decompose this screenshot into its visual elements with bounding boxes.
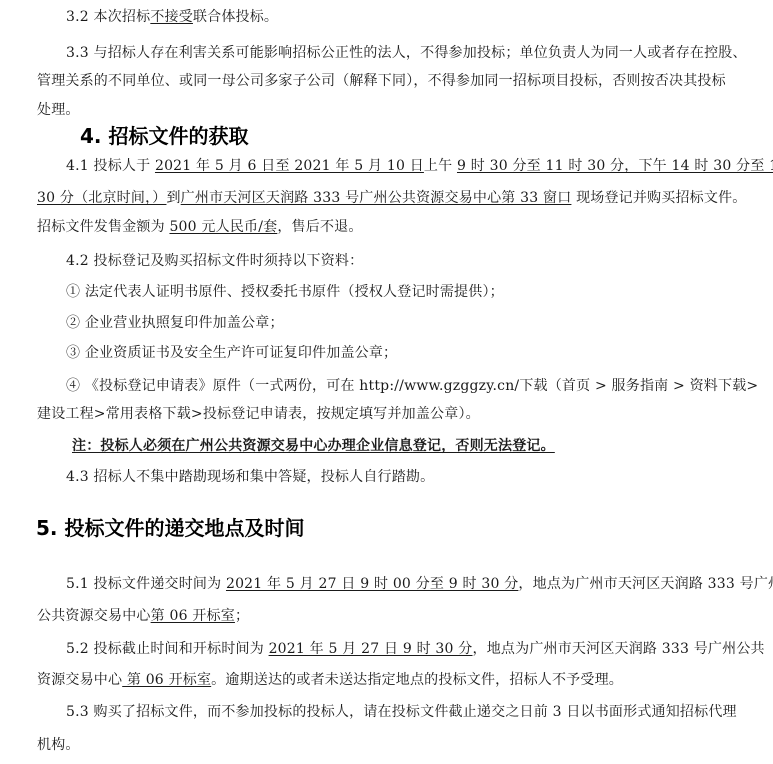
paragraph-5-2-line2: 资源交易中心 第 06 开标室。逾期送达的或者未送达指定地点的投标文件，招标人不…: [37, 671, 623, 689]
purchase-date-range: 2021 年 5 月 6 日至 2021 年 5 月 10 日: [155, 158, 424, 174]
section-5-heading: 5. 投标文件的递交地点及时间: [36, 515, 304, 541]
beijing-time-note: 30 分（北京时间，）: [37, 190, 166, 206]
opening-room: 第 06 开标室: [122, 672, 211, 688]
document-price: 500 元人民币/套: [169, 219, 277, 235]
paragraph-5-1-line1: 5.1 投标文件递交时间为 2021 年 5 月 27 日 9 时 00 分至 …: [66, 575, 773, 593]
purchase-location: 广州市天河区天润路 333 号广州公共资源交易中心第 33 窗口: [181, 190, 572, 206]
paragraph-3-3-line3: 处理。: [37, 101, 80, 119]
paragraph-3-3-line2: 管理关系的不同单位、或同一母公司多家子公司（解释下同），不得参加同一招标项目投标…: [37, 72, 726, 90]
submission-room: 第 06 开标室: [151, 608, 235, 624]
paragraph-3-3-line1: 3.3 与招标人存在利害关系可能影响招标公正性的法人，不得参加投标；单位负责人为…: [66, 44, 747, 62]
paragraph-5-1-line2: 公共资源交易中心第 06 开标室；: [37, 607, 249, 625]
list-item-4-continued: 建设工程>常用表格下载>投标登记申请表，按规定填写并加盖公章）。: [37, 405, 480, 423]
deadline-time: 2021 年 5 月 27 日 9 时 30 分: [269, 641, 473, 657]
paragraph-4-1-line2: 30 分（北京时间，）到广州市天河区天润路 333 号广州公共资源交易中心第 3…: [37, 189, 746, 207]
paragraph-4-2-intro: 4.2 投标登记及购买招标文件时须持以下资料：: [66, 252, 363, 270]
list-item-2: ② 企业营业执照复印件加盖公章；: [66, 314, 284, 332]
paragraph-5-3-line1: 5.3 购买了招标文件，而不参加投标的投标人，请在投标文件截止递交之日前 3 日…: [66, 703, 737, 721]
list-item-1: ① 法定代表人证明书原件、授权委托书原件（授权人登记时需提供）；: [66, 283, 504, 301]
paragraph-4-1-line1: 4.1 投标人于 2021 年 5 月 6 日至 2021 年 5 月 10 日…: [66, 157, 773, 175]
list-item-4: ④ 《投标登记申请表》原件（一式两份，可在 http://www.gzggzy.…: [66, 377, 758, 395]
underlined-not-accept: 不接受: [150, 9, 193, 25]
registration-note: 注：投标人必须在广州公共资源交易中心办理企业信息登记，否则无法登记。: [72, 437, 555, 455]
paragraph-5-2-line1: 5.2 投标截止时间和开标时间为 2021 年 5 月 27 日 9 时 30 …: [66, 640, 765, 658]
paragraph-4-3: 4.3 招标人不集中踏勘现场和集中答疑，投标人自行踏勘。: [66, 468, 434, 486]
submission-time: 2021 年 5 月 27 日 9 时 00 分至 9 时 30 分: [226, 576, 518, 592]
list-item-3: ③ 企业资质证书及安全生产许可证复印件加盖公章；: [66, 344, 397, 362]
paragraph-5-3-line2: 机构。: [37, 736, 80, 754]
paragraph-3-2: 3.2 本次招标不接受联合体投标。: [66, 8, 278, 26]
purchase-time-range: 9 时 30 分至 11 时 30 分，下午 14 时 30 分至 16 时: [457, 158, 773, 174]
section-4-heading: 4. 招标文件的获取: [80, 123, 248, 149]
paragraph-4-1-line3: 招标文件发售金额为 500 元人民币/套，售后不退。: [37, 218, 363, 236]
